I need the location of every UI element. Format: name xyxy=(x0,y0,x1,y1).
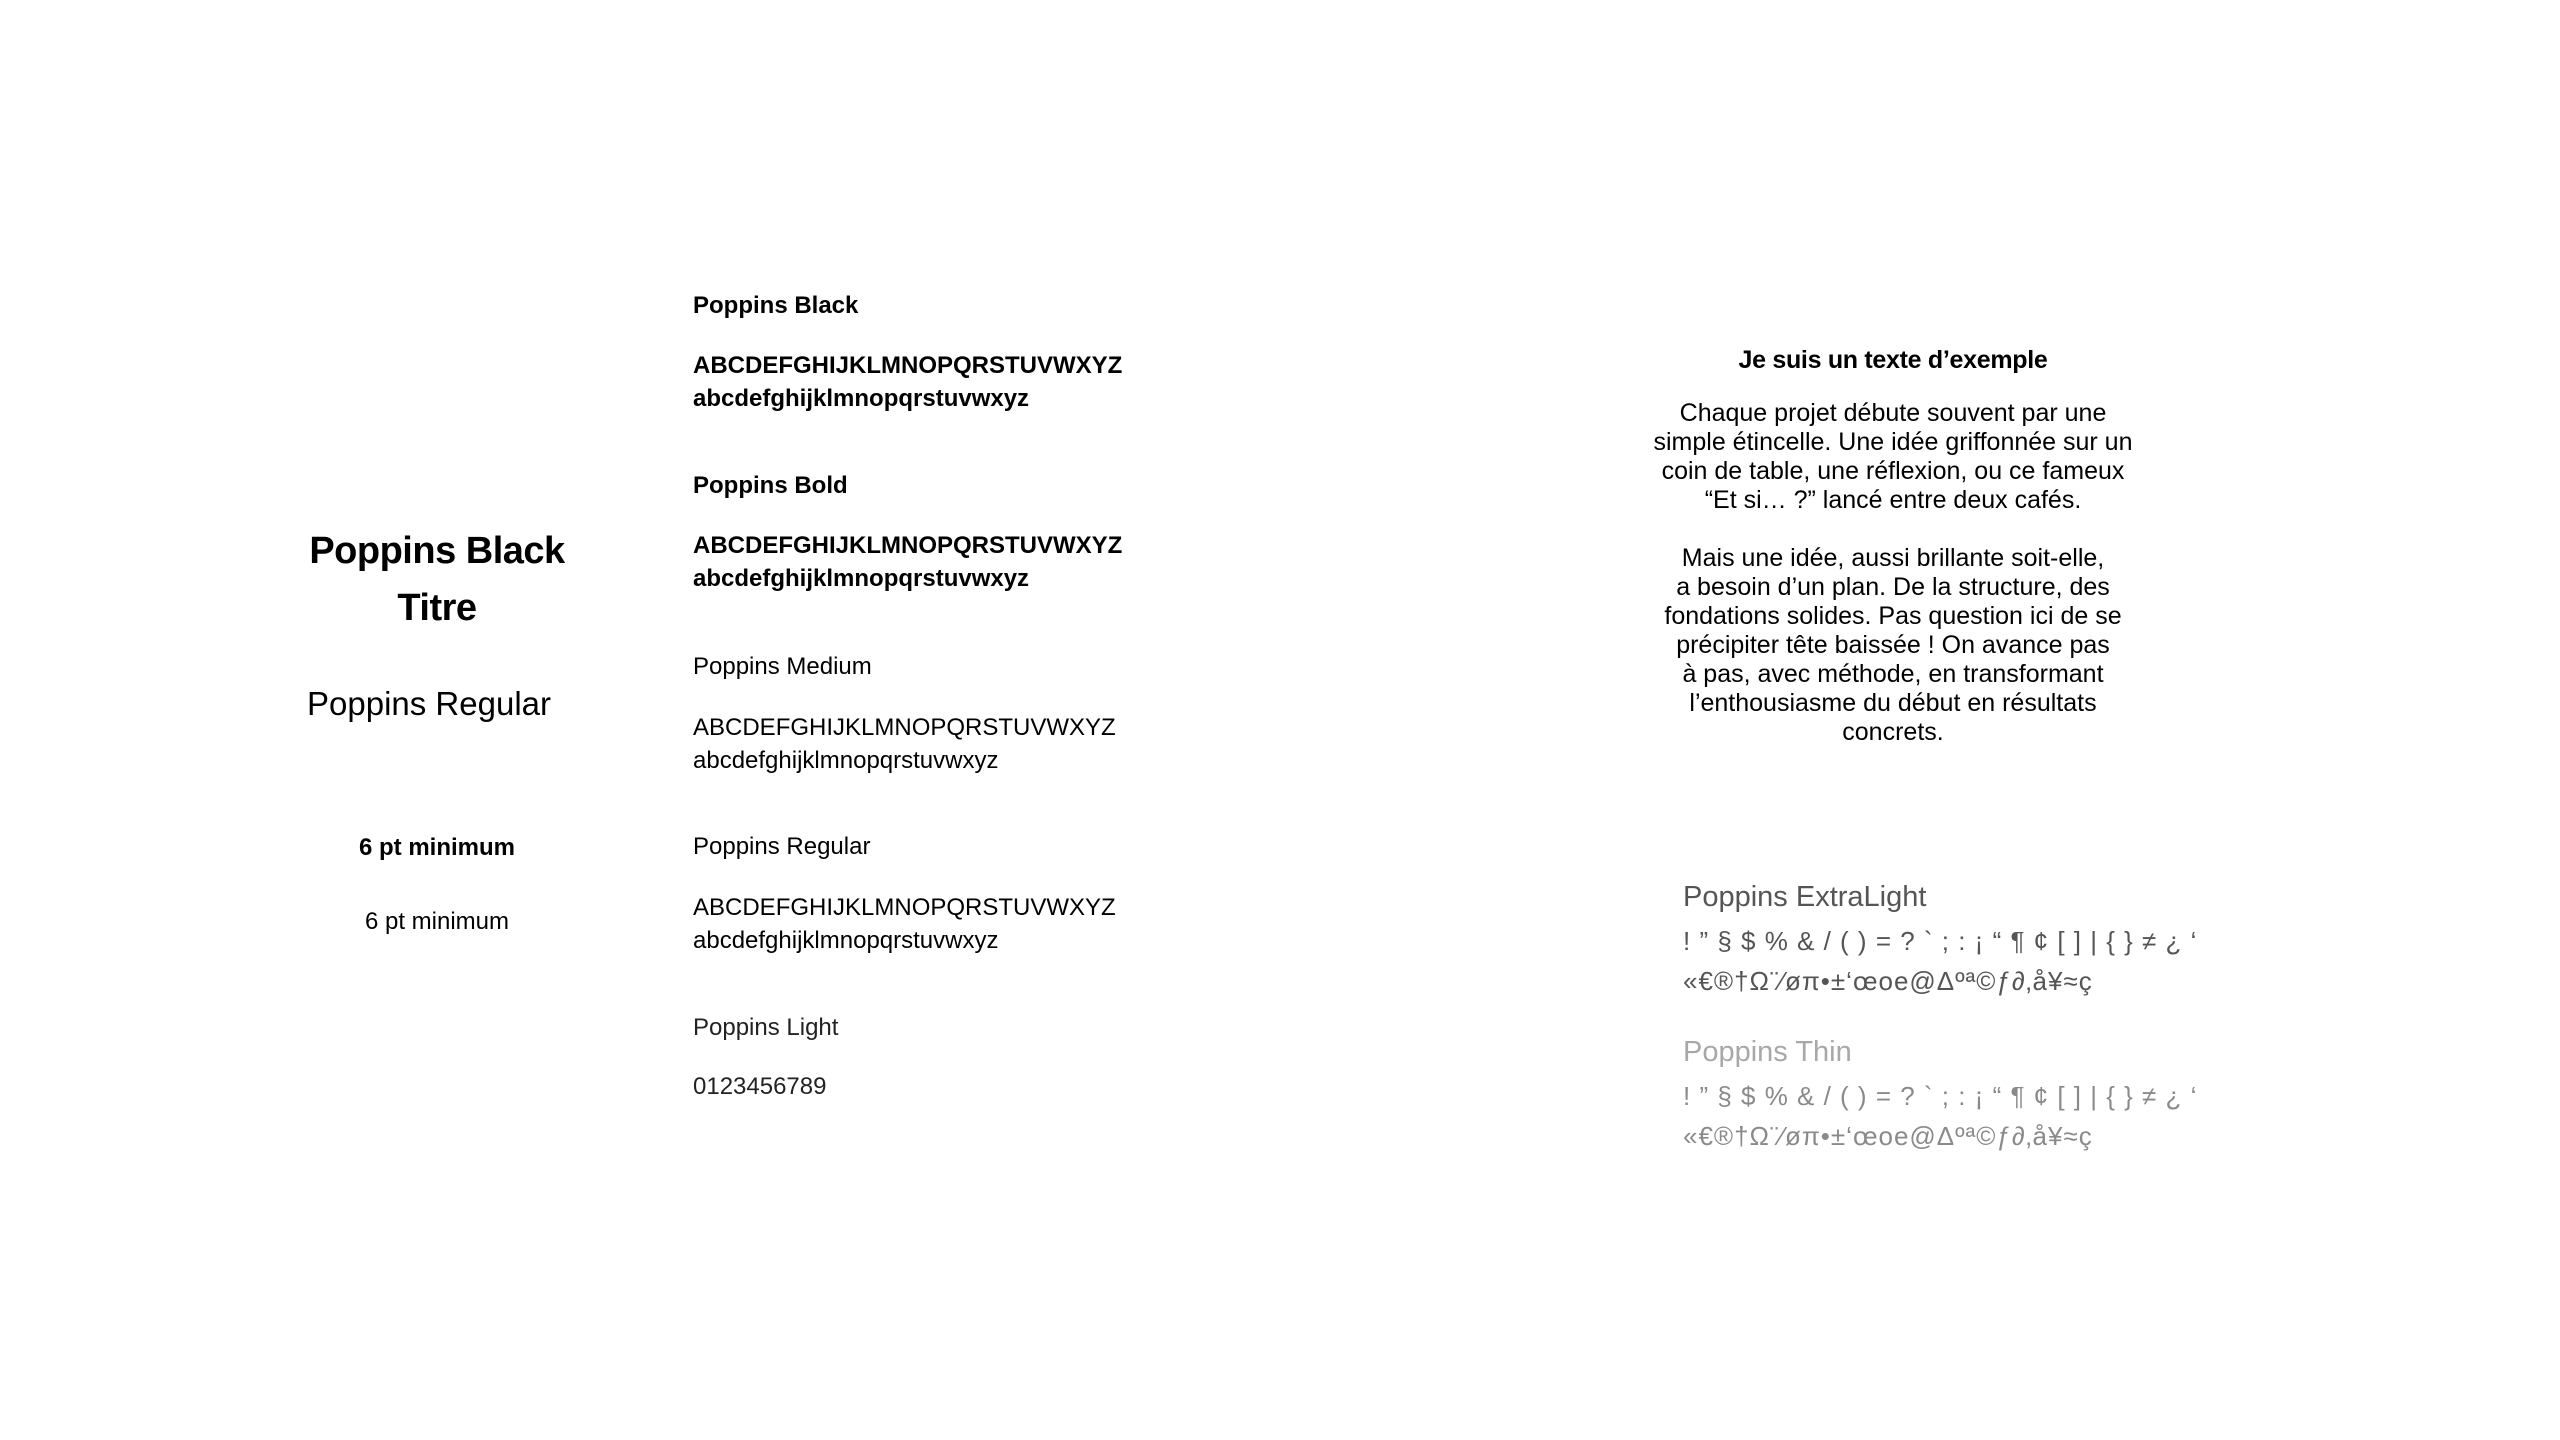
sample-text-block: Je suis un texte d’exemple Chaque projet… xyxy=(1620,343,2166,747)
sample-paragraph-2: Mais une idée, aussi brillante soit-elle… xyxy=(1620,544,2166,747)
min-size-bold: 6 pt minimum xyxy=(287,833,587,863)
glyphs-thin: Poppins Thin ! ” § $ % & / ( ) = ? ` ; :… xyxy=(1683,1034,2197,1156)
glyphs-thin-row2: «€®†Ω¨⁄øπ•±‘œoe@Δºª©ƒ∂‚å¥≈ç xyxy=(1683,1116,2197,1156)
glyphs-thin-row1: ! ” § $ % & / ( ) = ? ` ; : ¡ “ ¶ ¢ [ ] … xyxy=(1683,1076,2197,1116)
glyphs-extralight: Poppins ExtraLight ! ” § $ % & / ( ) = ?… xyxy=(1683,879,2197,1001)
specimen-uppercase: ABCDEFGHIJKLMNOPQRSTUVWXYZ xyxy=(693,529,1122,562)
glyphs-thin-label: Poppins Thin xyxy=(1683,1034,2197,1070)
glyphs-extralight-label: Poppins ExtraLight xyxy=(1683,879,2197,915)
specimen-uppercase: ABCDEFGHIJKLMNOPQRSTUVWXYZ xyxy=(693,349,1122,382)
specimen-bold: Poppins Bold ABCDEFGHIJKLMNOPQRSTUVWXYZ … xyxy=(693,471,1122,595)
specimen-digits: 0123456789 xyxy=(693,1070,838,1103)
specimen-lowercase: abcdefghijklmnopqrstuvwxyz xyxy=(693,562,1122,595)
subtitle-regular: Poppins Regular xyxy=(307,684,551,724)
specimen-label: Poppins Bold xyxy=(693,471,1122,501)
specimen-lowercase: abcdefghijklmnopqrstuvwxyz xyxy=(693,744,1116,777)
sample-paragraph-1: Chaque projet débute souvent par une sim… xyxy=(1620,399,2166,515)
specimen-uppercase: ABCDEFGHIJKLMNOPQRSTUVWXYZ xyxy=(693,891,1116,924)
specimen-label: Poppins Regular xyxy=(693,832,1116,862)
min-size-regular: 6 pt minimum xyxy=(287,907,587,937)
specimen-black: Poppins Black ABCDEFGHIJKLMNOPQRSTUVWXYZ… xyxy=(693,291,1122,415)
specimen-label: Poppins Light xyxy=(693,1013,838,1043)
sample-heading: Je suis un texte d’exemple xyxy=(1620,343,2166,377)
title-black-line2: Titre xyxy=(287,580,587,637)
specimen-label: Poppins Black xyxy=(693,291,1122,321)
specimen-light: Poppins Light 0123456789 xyxy=(693,1013,838,1103)
glyphs-extralight-row2: «€®†Ω¨⁄øπ•±‘œoe@Δºª©ƒ∂‚å¥≈ç xyxy=(1683,961,2197,1001)
specimen-medium: Poppins Medium ABCDEFGHIJKLMNOPQRSTUVWXY… xyxy=(693,652,1116,777)
specimen-lowercase: abcdefghijklmnopqrstuvwxyz xyxy=(693,382,1122,415)
left-title-block: Poppins Black Titre xyxy=(287,523,587,637)
glyphs-extralight-row1: ! ” § $ % & / ( ) = ? ` ; : ¡ “ ¶ ¢ [ ] … xyxy=(1683,921,2197,961)
specimen-uppercase: ABCDEFGHIJKLMNOPQRSTUVWXYZ xyxy=(693,711,1116,744)
specimen-label: Poppins Medium xyxy=(693,652,1116,682)
specimen-regular: Poppins Regular ABCDEFGHIJKLMNOPQRSTUVWX… xyxy=(693,832,1116,957)
title-black-line1: Poppins Black xyxy=(287,523,587,580)
specimen-lowercase: abcdefghijklmnopqrstuvwxyz xyxy=(693,924,1116,957)
